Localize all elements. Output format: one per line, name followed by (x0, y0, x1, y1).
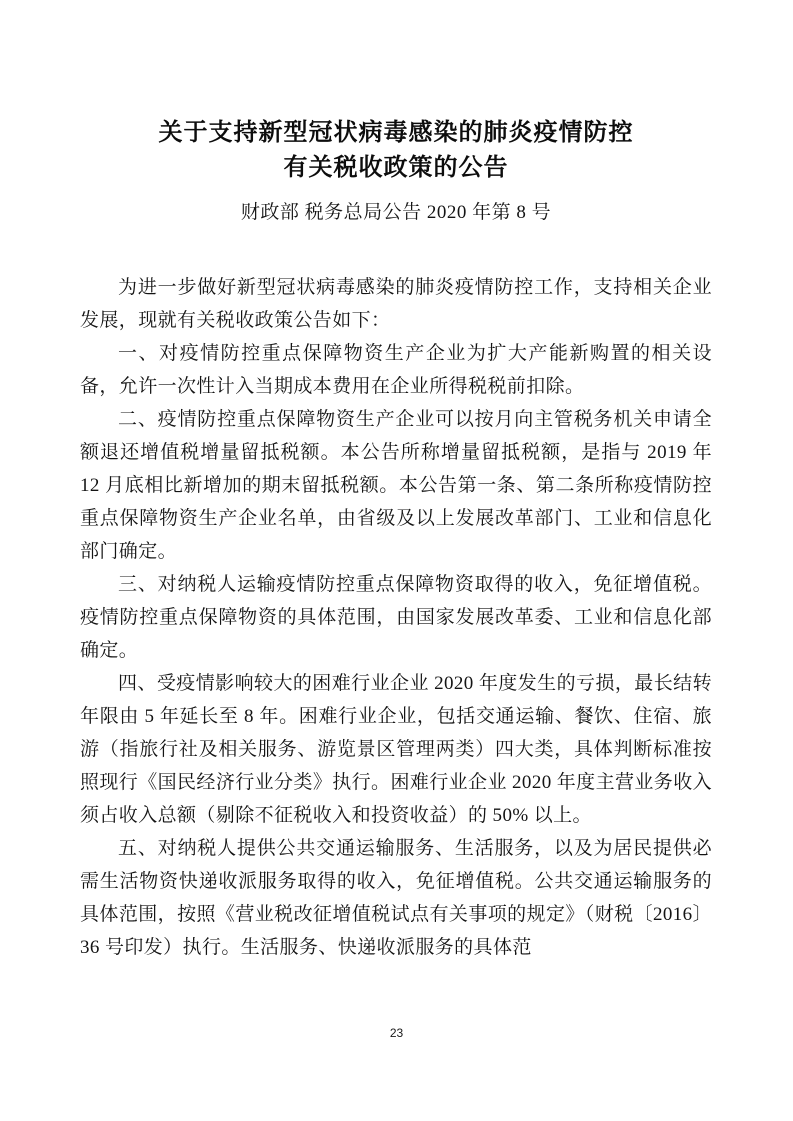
page-footer: 23 (0, 1024, 793, 1042)
page-number: 23 (390, 1026, 403, 1040)
paragraph-article-1: 一、对疫情防控重点保障物资生产企业为扩大产能新购置的相关设备，允许一次性计入当期… (80, 337, 712, 403)
document-subtitle: 财政部 税务总局公告 2020 年第 8 号 (80, 197, 712, 224)
document-body: 为进一步做好新型冠状病毒感染的肺炎疫情防控工作，支持相关企业发展，现就有关税收政… (80, 271, 712, 964)
document-title: 关于支持新型冠状病毒感染的肺炎疫情防控 有关税收政策的公告 (80, 116, 712, 186)
paragraph-article-2: 二、疫情防控重点保障物资生产企业可以按月向主管税务机关申请全额退还增值税增量留抵… (80, 403, 712, 568)
paragraph-article-3: 三、对纳税人运输疫情防控重点保障物资取得的收入，免征增值税。疫情防控重点保障物资… (80, 568, 712, 667)
paragraph-article-5: 五、对纳税人提供公共交通运输服务、生活服务，以及为居民提供必需生活物资快递收派服… (80, 832, 712, 964)
document-title-line1: 关于支持新型冠状病毒感染的肺炎疫情防控 (159, 120, 634, 146)
document-title-line2: 有关税收政策的公告 (284, 155, 509, 181)
paragraph-intro: 为进一步做好新型冠状病毒感染的肺炎疫情防控工作，支持相关企业发展，现就有关税收政… (80, 271, 712, 337)
paragraph-article-4: 四、受疫情影响较大的困难行业企业 2020 年度发生的亏损，最长结转年限由 5 … (80, 667, 712, 832)
document-page: 关于支持新型冠状病毒感染的肺炎疫情防控 有关税收政策的公告 财政部 税务总局公告… (0, 0, 793, 1121)
document-content: 关于支持新型冠状病毒感染的肺炎疫情防控 有关税收政策的公告 财政部 税务总局公告… (80, 0, 712, 964)
